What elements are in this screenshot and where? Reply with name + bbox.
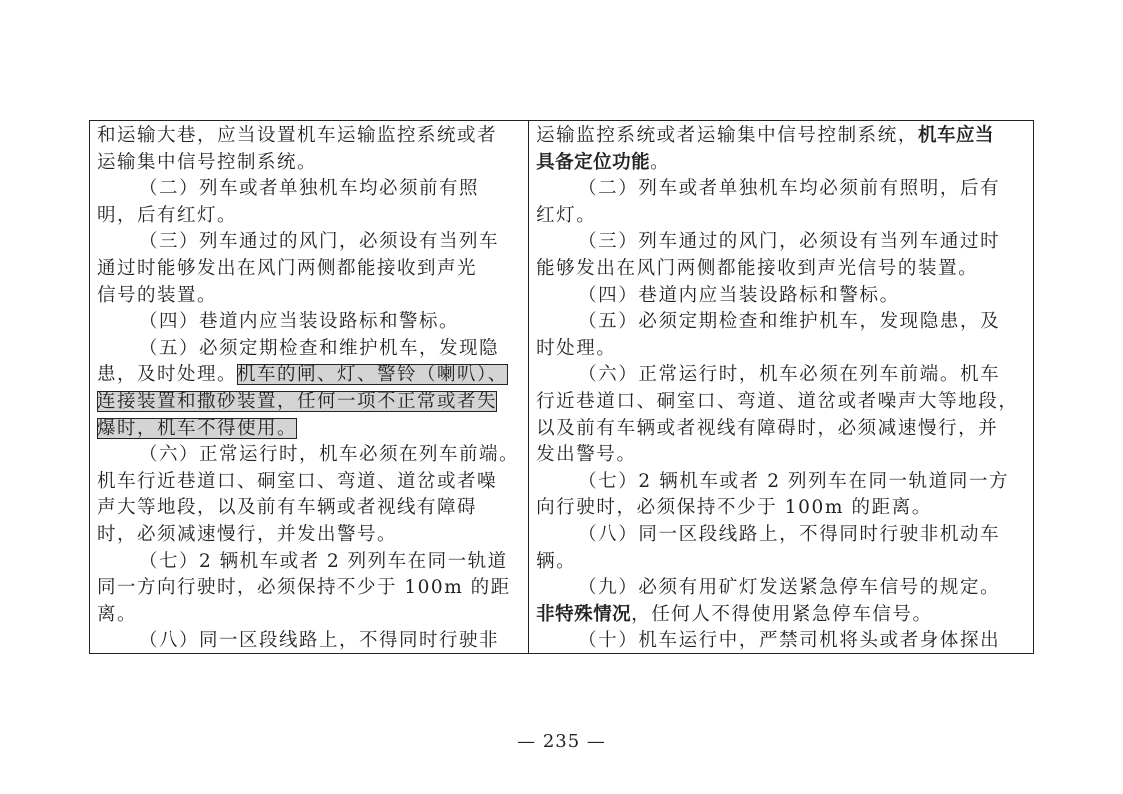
text-line: 运输集中信号控制系统。: [97, 150, 522, 177]
text-line: 离。: [97, 602, 522, 629]
text-line: （五）必须定期检查和维护机车，发现隐患，及: [536, 309, 1027, 336]
text-line: 声大等地段，以及前有车辆或者视线有障碍: [97, 495, 522, 522]
text-line: （三）列车通过的风门，必须设有当列车: [97, 229, 522, 256]
text-line: 发出警号。: [536, 442, 1027, 469]
text-line: 信号的装置。: [97, 283, 522, 310]
left-column-original-text: 和运输大巷，应当设置机车运输监控系统或者 运输集中信号控制系统。 （二）列车或者…: [90, 121, 529, 653]
plain-text: ，任何人不得使用紧急停车信号。: [631, 604, 933, 625]
text-line: （七）2 辆机车或者 2 列列车在同一轨道同一方: [536, 469, 1027, 496]
text-line: （六）正常运行时，机车必须在列车前端。机车: [536, 362, 1027, 389]
text-line: 机车行近巷道口、硐室口、弯道、道岔或者噪: [97, 469, 522, 496]
highlighted-deleted-text: 爆时，机车不得使用。: [97, 418, 297, 439]
right-column-revised-text: 运输监控系统或者运输集中信号控制系统，机车应当 具备定位功能。 （二）列车或者单…: [529, 121, 1033, 653]
text-line: 爆时，机车不得使用。: [97, 416, 522, 443]
text-line: （四）巷道内应当装设路标和警标。: [536, 283, 1027, 310]
text-line: （四）巷道内应当装设路标和警标。: [97, 309, 522, 336]
text-line: （六）正常运行时，机车必须在列车前端。: [97, 442, 522, 469]
text-line: 同一方向行驶时，必须保持不少于 100m 的距: [97, 575, 522, 602]
plain-text: 。: [650, 152, 670, 173]
plain-text: 患，及时处理。: [97, 364, 237, 385]
text-line: （七）2 辆机车或者 2 列列车在同一轨道: [97, 549, 522, 576]
highlighted-deleted-text: 连接装置和撒砂装置，任何一项不正常或者失: [97, 391, 497, 412]
text-line: 具备定位功能。: [536, 150, 1027, 177]
text-line: 行近巷道口、硐室口、弯道、道岔或者噪声大等地段，: [536, 389, 1027, 416]
text-line: （五）必须定期检查和维护机车，发现隐: [97, 336, 522, 363]
text-line: 向行驶时，必须保持不少于 100m 的距离。: [536, 495, 1027, 522]
text-line: 连接装置和撒砂装置，任何一项不正常或者失: [97, 389, 522, 416]
text-line: 红灯。: [536, 203, 1027, 230]
text-line: 运输监控系统或者运输集中信号控制系统，机车应当: [536, 123, 1027, 150]
text-line: 辆。: [536, 549, 1027, 576]
text-line: （九）必须有用矿灯发送紧急停车信号的规定。: [536, 575, 1027, 602]
text-line: 时处理。: [536, 336, 1027, 363]
text-line: （二）列车或者单独机车均必须前有照: [97, 176, 522, 203]
text-line: （八）同一区段线路上，不得同时行驶非机动车: [536, 522, 1027, 549]
text-line: 以及前有车辆或者视线有障碍时，必须减速慢行，并: [536, 416, 1027, 443]
page-number: — 235 —: [0, 731, 1123, 752]
text-line: 能够发出在风门两侧都能接收到声光信号的装置。: [536, 256, 1027, 283]
bold-added-text: 机车应当: [918, 125, 994, 146]
text-line: 通过时能够发出在风门两侧都能接收到声光: [97, 256, 522, 283]
text-line: （八）同一区段线路上，不得同时行驶非: [97, 628, 522, 653]
plain-text: 运输监控系统或者运输集中信号控制系统，: [536, 125, 918, 146]
bold-added-text: 非特殊情况: [536, 604, 631, 625]
text-line: （二）列车或者单独机车均必须前有照明，后有: [536, 176, 1027, 203]
text-line: 和运输大巷，应当设置机车运输监控系统或者: [97, 123, 522, 150]
text-line: 非特殊情况，任何人不得使用紧急停车信号。: [536, 602, 1027, 629]
bold-added-text: 具备定位功能: [536, 152, 650, 173]
comparison-table: 和运输大巷，应当设置机车运输监控系统或者 运输集中信号控制系统。 （二）列车或者…: [89, 120, 1034, 654]
text-line: （十）机车运行中，严禁司机将头或者身体探出: [536, 628, 1027, 653]
text-line: 时，必须减速慢行，并发出警号。: [97, 522, 522, 549]
text-line: （三）列车通过的风门，必须设有当列车通过时: [536, 229, 1027, 256]
text-line: 患，及时处理。机车的闸、灯、警铃（喇叭）、: [97, 362, 522, 389]
text-line: 明，后有红灯。: [97, 203, 522, 230]
highlighted-deleted-text: 机车的闸、灯、警铃（喇叭）、: [237, 364, 508, 385]
